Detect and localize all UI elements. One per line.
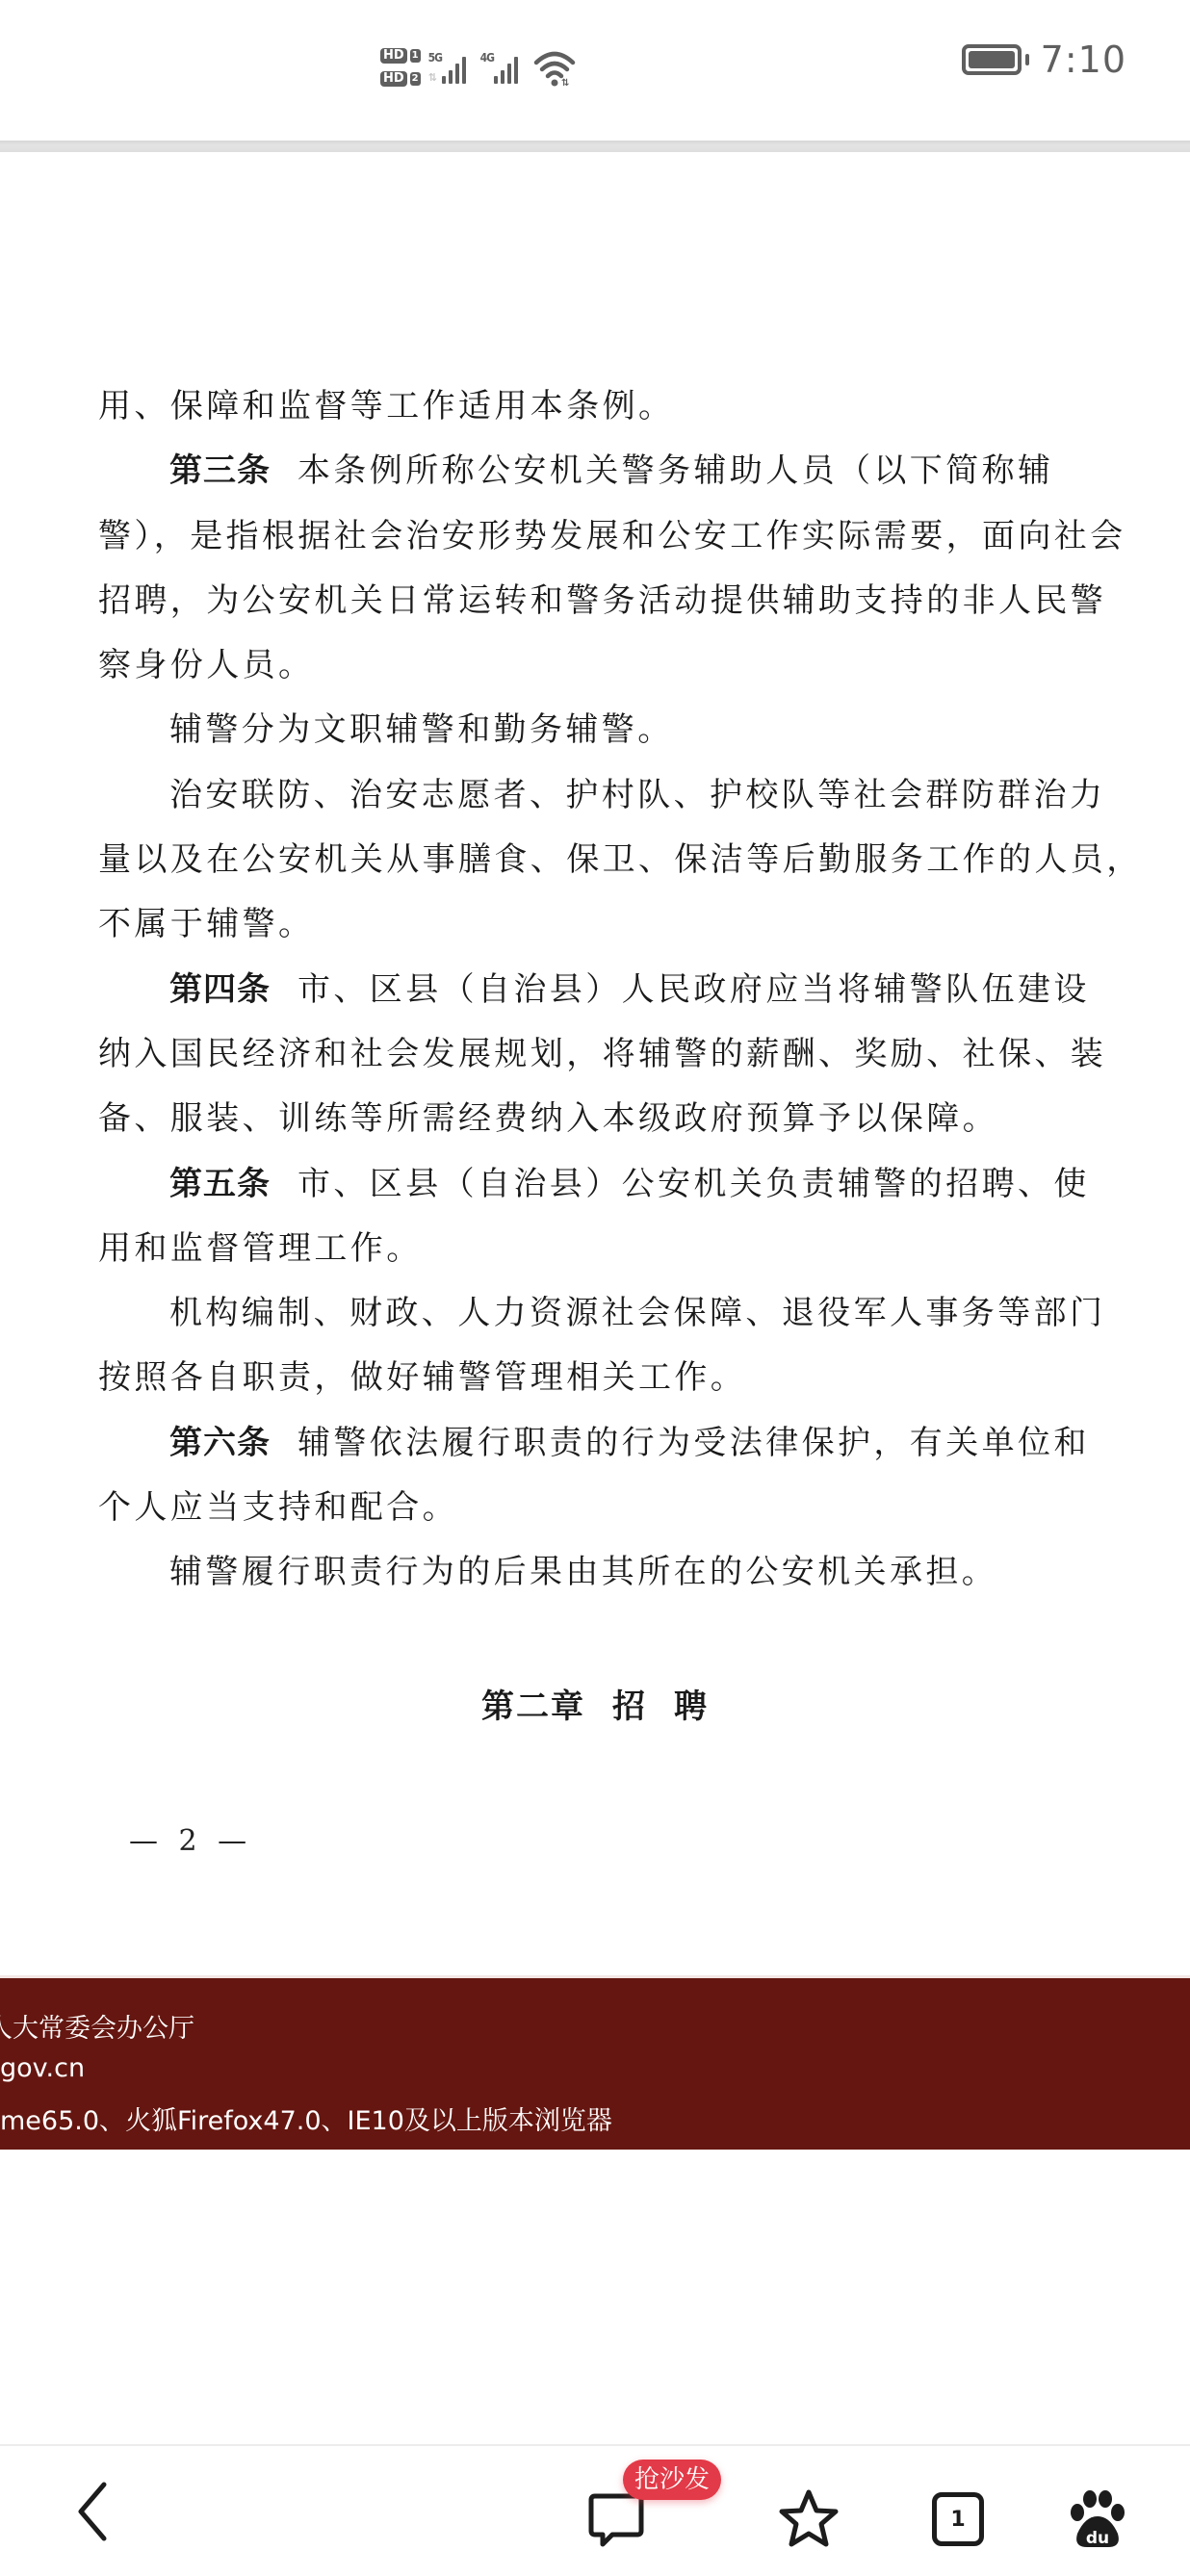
document-line: 辅警分为文职辅警和勤务辅警。 (98, 705, 1084, 769)
document-line: 第六条辅警依法履行职责的行为受法律保护，有关单位和 (98, 1418, 1084, 1482)
line-text: 辅警分为文职辅警和勤务辅警。 (169, 710, 674, 749)
document-line: 察身份人员。 (98, 640, 1084, 705)
svg-text:du: du (1086, 2529, 1109, 2548)
signal-bars (494, 57, 518, 84)
line-text: 用和监督管理工作。 (98, 1229, 423, 1268)
baidu-paw-icon: du (1066, 2489, 1129, 2553)
document-line: 备、服装、训练等所需经费纳入本级政府预算予以保障。 (98, 1094, 1084, 1158)
data-activity-icon: ⇅ (428, 71, 437, 84)
document-line: 警），是指根据社会治安形势发展和公安工作实际需要，面向社会 (98, 511, 1084, 576)
network-type: 5G (428, 51, 442, 64)
status-right: 7:10 (962, 39, 1126, 81)
back-button[interactable] (58, 2477, 127, 2546)
chapter-number: 第二章 (481, 1687, 585, 1726)
line-text: 辅警履行职责行为的后果由其所在的公安机关承担。 (169, 1553, 997, 1591)
page-number: — 2 — (129, 1824, 252, 1858)
document-line: 不属于辅警。 (98, 899, 1084, 964)
baidu-button[interactable]: du (1059, 2483, 1136, 2560)
document-line: 用和监督管理工作。 (98, 1224, 1084, 1288)
document-line: 辅警履行职责行为的后果由其所在的公安机关承担。 (98, 1547, 1084, 1611)
line-text: 治安联防、治安志愿者、护村队、护校队等社会群防群治力 (169, 776, 1105, 814)
hd-label: HD (380, 71, 407, 87)
chevron-left-icon (73, 2481, 112, 2542)
hd-volte-indicators: HD 1 HD 2 (380, 48, 421, 87)
sim-index: 1 (410, 49, 421, 63)
document-line: 治安联防、治安志愿者、护村队、护校队等社会群防群治力 (98, 770, 1084, 835)
line-text: 市、区县（自治县）公安机关负责辅警的招聘、使 (297, 1165, 1090, 1203)
browser-bottom-nav: 抢沙发 1 du (0, 2444, 1190, 2576)
footer-organization: 人大常委会办公厅 (0, 2007, 194, 2045)
status-bar: HD 1 HD 2 5G ⇅ 4G ⇅ 7:10 (0, 0, 1190, 141)
document-line: 按照各自职责，做好辅警管理相关工作。 (98, 1352, 1084, 1417)
signal-bars (442, 57, 466, 84)
star-icon (777, 2487, 841, 2551)
article-number: 第三条 (169, 451, 271, 490)
article-number: 第五条 (169, 1165, 271, 1203)
site-footer: 人大常委会办公厅 gov.cn me65.0、火狐Firefox47.0、IE1… (0, 1975, 1190, 2150)
tab-count: 1 (932, 2492, 984, 2546)
line-text: 备、服装、训练等所需经费纳入本级政府预算予以保障。 (98, 1099, 998, 1138)
signal-5g-icon: 5G ⇅ (428, 43, 473, 91)
line-text: 用、保障和监督等工作适用本条例。 (98, 387, 674, 425)
line-text: 量以及在公安机关从事膳食、保卫、保洁等后勤服务工作的人员， (98, 840, 1143, 879)
line-text: 个人应当支持和配合。 (98, 1488, 458, 1527)
network-type: 4G (480, 51, 494, 64)
line-text: 机构编制、财政、人力资源社会保障、退役军人事务等部门 (169, 1294, 1105, 1332)
article-number: 第六条 (169, 1424, 271, 1462)
chapter-heading: 第二章招聘 (0, 1680, 1190, 1727)
document-line: 第五条市、区县（自治县）公安机关负责辅警的招聘、使 (98, 1159, 1084, 1224)
line-text: 不属于辅警。 (98, 905, 314, 943)
document-line: 招聘，为公安机关日常运转和警务活动提供辅助支持的非人民警 (98, 576, 1084, 640)
document-line: 量以及在公安机关从事膳食、保卫、保洁等后勤服务工作的人员， (98, 835, 1084, 899)
status-icons: HD 1 HD 2 5G ⇅ 4G ⇅ (380, 37, 577, 98)
favorite-button[interactable] (772, 2483, 845, 2556)
line-text: 纳入国民经济和社会发展规划，将辅警的薪酬、奖励、社保、装 (98, 1035, 1106, 1073)
line-text: 按照各自职责，做好辅警管理相关工作。 (98, 1358, 746, 1397)
wifi-icon: ⇅ (532, 43, 577, 91)
document-line: 用、保障和监督等工作适用本条例。 (98, 381, 1084, 446)
line-text: 察身份人员。 (98, 646, 314, 684)
toolbar-divider (0, 141, 1190, 152)
hd-volte-1-icon: HD 1 (380, 48, 421, 64)
battery-icon (962, 44, 1022, 75)
comment-badge[interactable]: 抢沙发 (623, 2460, 721, 2500)
document-line: 第三条本条例所称公安机关警务辅助人员（以下简称辅 (98, 446, 1084, 510)
chapter-title-char: 聘 (674, 1687, 709, 1726)
svg-text:⇅: ⇅ (561, 78, 569, 89)
line-text: 本条例所称公安机关警务辅助人员（以下简称辅 (297, 451, 1053, 490)
chapter-title-char: 招 (612, 1687, 647, 1726)
signal-4g-icon: 4G (480, 43, 525, 91)
sim-index: 2 (410, 72, 421, 86)
document-line: 个人应当支持和配合。 (98, 1482, 1084, 1547)
hd-label: HD (380, 48, 407, 64)
footer-browser-notice: me65.0、火狐Firefox47.0、IE10及以上版本浏览器 (0, 2099, 612, 2137)
document-line: 第四条市、区县（自治县）人民政府应当将辅警队伍建设 (98, 965, 1084, 1029)
line-text: 辅警依法履行职责的行为受法律保护，有关单位和 (297, 1424, 1090, 1462)
line-text: 警），是指根据社会治安形势发展和公安工作实际需要，面向社会 (98, 517, 1126, 555)
tabs-button[interactable]: 1 (924, 2483, 992, 2556)
hd-volte-2-icon: HD 2 (380, 71, 421, 87)
clock: 7:10 (1041, 39, 1126, 81)
article-number: 第四条 (169, 970, 271, 1009)
document-line: 机构编制、财政、人力资源社会保障、退役军人事务等部门 (98, 1288, 1084, 1352)
footer-domain: gov.cn (0, 2053, 85, 2083)
document-line: 纳入国民经济和社会发展规划，将辅警的薪酬、奖励、社保、装 (98, 1029, 1084, 1094)
document-body: 用、保障和监督等工作适用本条例。第三条本条例所称公安机关警务辅助人员（以下简称辅… (98, 381, 1084, 1612)
line-text: 招聘，为公安机关日常运转和警务活动提供辅助支持的非人民警 (98, 581, 1106, 620)
line-text: 市、区县（自治县）人民政府应当将辅警队伍建设 (297, 970, 1090, 1009)
